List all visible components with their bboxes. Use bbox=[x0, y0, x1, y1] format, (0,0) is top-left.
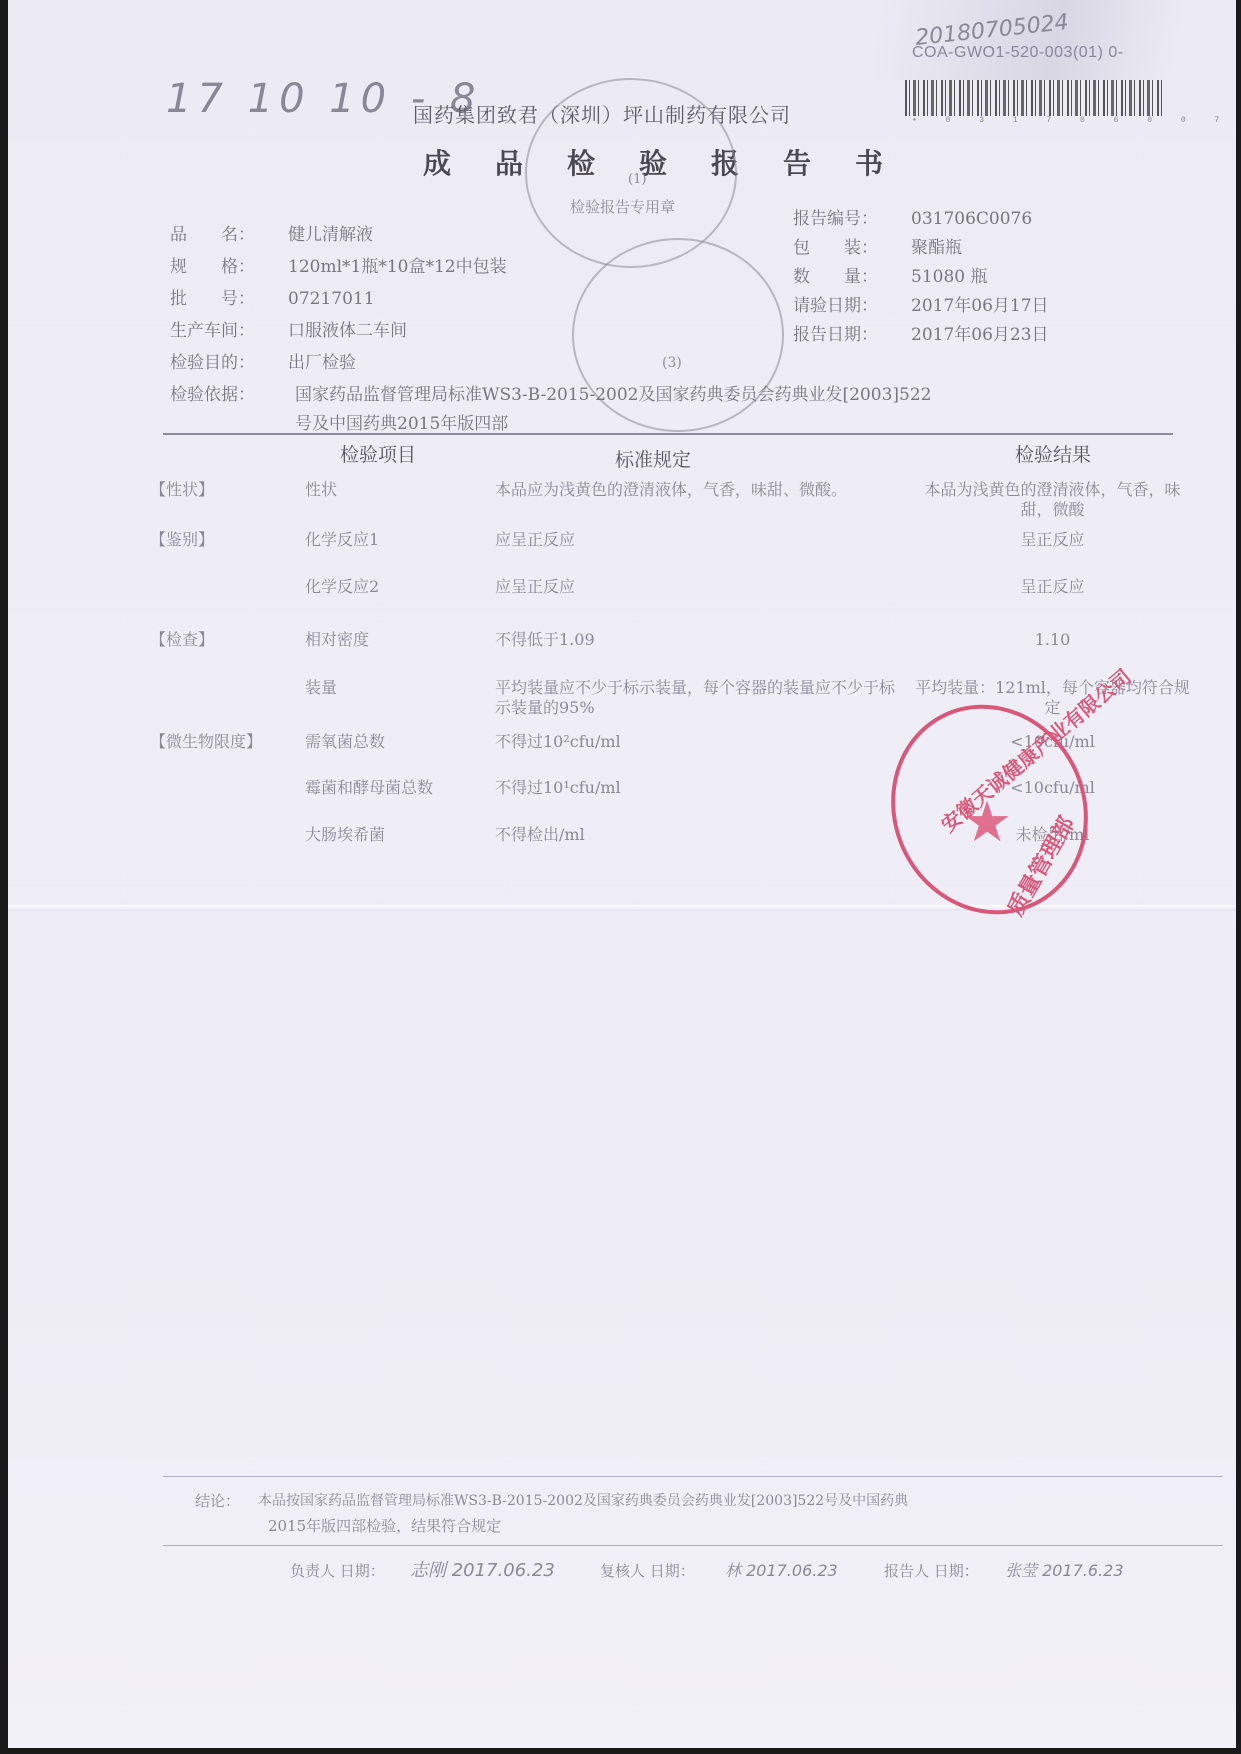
row-item: 性状 bbox=[305, 480, 337, 500]
info-left-value: 健儿清解液 bbox=[288, 225, 373, 245]
inspection-basis-line1: 国家药品监督管理局标准WS3-B-2015-2002及国家药典委员会药典业发[2… bbox=[295, 380, 931, 405]
row-item: 相对密度 bbox=[305, 630, 369, 650]
info-left-value: 口服液体二车间 bbox=[288, 321, 407, 341]
reporter-signature: 张莹 2017.6.23 bbox=[1005, 1558, 1124, 1581]
row-category: 【鉴别】 bbox=[150, 530, 214, 550]
info-right-value: 聚酯瓶 bbox=[911, 238, 962, 258]
reviewer-label: 复核人 日期： bbox=[600, 1560, 695, 1581]
reviewer-signature: 林 2017.06.23 bbox=[725, 1558, 838, 1581]
inspection-stamp-1-number: (1) bbox=[628, 172, 646, 187]
row-result: 呈正反应 bbox=[910, 577, 1195, 597]
column-header-standard: 标准规定 bbox=[615, 445, 691, 472]
info-left-value: 120ml*1瓶*10盒*12中包装 bbox=[288, 257, 507, 277]
row-standard: 不得检出/ml bbox=[495, 825, 905, 845]
inspection-stamp-1-text: 检验报告专用章 bbox=[570, 196, 675, 217]
info-right-value: 2017年06月17日 bbox=[911, 296, 1049, 316]
conclusion-divider-bottom bbox=[163, 1545, 1223, 1546]
info-left-row: 生产车间：口服液体二车间 bbox=[170, 316, 407, 341]
row-item: 化学反应2 bbox=[305, 577, 379, 597]
info-right-value: 51080 瓶 bbox=[911, 267, 987, 287]
row-result: 本品为浅黄色的澄清液体，气香，味甜，微酸 bbox=[910, 480, 1195, 520]
info-right-label: 请验日期： bbox=[793, 291, 911, 316]
header-divider bbox=[163, 433, 1173, 435]
column-header-result: 检验结果 bbox=[1015, 440, 1091, 467]
responsible-signature: 志刚 2017.06.23 bbox=[410, 1556, 555, 1582]
barcode bbox=[905, 80, 1163, 116]
row-standard: 平均装量应不少于标示装量，每个容器的装量应不少于标示装量的95% bbox=[495, 678, 905, 718]
info-right-value: 031706C0076 bbox=[911, 209, 1032, 229]
info-left-row: 规 格：120ml*1瓶*10盒*12中包装 bbox=[170, 252, 507, 277]
info-left-value: 07217011 bbox=[288, 289, 375, 309]
info-left-label: 检验目的： bbox=[170, 348, 288, 373]
info-right-row: 包 装：聚酯瓶 bbox=[793, 233, 962, 258]
info-left-label: 品 名： bbox=[170, 220, 288, 245]
info-right-row: 报告编号：031706C0076 bbox=[793, 204, 1032, 229]
row-category: 【性状】 bbox=[150, 480, 214, 500]
info-right-label: 包 装： bbox=[793, 233, 911, 258]
info-left-row: 品 名：健儿清解液 bbox=[170, 220, 373, 245]
conclusion-divider-top bbox=[163, 1476, 1223, 1477]
barcode-digits: • 0 3 1 7 0 6 0 0 7 6 bbox=[912, 116, 1241, 125]
reporter-label: 报告人 日期： bbox=[884, 1560, 979, 1581]
info-right-label: 数 量： bbox=[793, 262, 911, 287]
row-item: 大肠埃希菌 bbox=[305, 825, 385, 845]
row-item: 霉菌和酵母菌总数 bbox=[305, 778, 433, 798]
info-left-label: 生产车间： bbox=[170, 316, 288, 341]
info-right-row: 请验日期：2017年06月17日 bbox=[793, 291, 1049, 316]
row-result: 1.10 bbox=[910, 630, 1195, 650]
responsible-label: 负责人 日期： bbox=[290, 1560, 385, 1581]
inspection-basis-line2: 号及中国药典2015年版四部 bbox=[295, 409, 508, 434]
info-left-label: 批 号： bbox=[170, 284, 288, 309]
conclusion-line1: 本品按国家药品监督管理局标准WS3-B-2015-2002及国家药典委员会药典业… bbox=[258, 1490, 908, 1510]
info-left-row: 批 号：07217011 bbox=[170, 284, 375, 309]
row-item: 需氧菌总数 bbox=[305, 732, 385, 752]
row-standard: 应呈正反应 bbox=[495, 577, 905, 597]
row-standard: 不得低于1.09 bbox=[495, 630, 905, 650]
info-right-value: 2017年06月23日 bbox=[911, 325, 1049, 345]
row-item: 化学反应1 bbox=[305, 530, 379, 550]
info-left-row: 检验目的：出厂检验 bbox=[170, 348, 356, 373]
info-right-label: 报告编号： bbox=[793, 204, 911, 229]
row-category: 【检查】 bbox=[150, 630, 214, 650]
row-standard: 应呈正反应 bbox=[495, 530, 905, 550]
row-standard: 不得过10¹cfu/ml bbox=[495, 778, 905, 798]
conclusion-line2: 2015年版四部检验，结果符合规定 bbox=[268, 1515, 501, 1536]
info-right-row: 数 量：51080 瓶 bbox=[793, 262, 987, 287]
conclusion-label: 结论： bbox=[195, 1490, 240, 1511]
info-left-label: 规 格： bbox=[170, 252, 288, 277]
document-code: COA-GWO1-520-003(01) 0- bbox=[912, 44, 1124, 62]
row-category: 【微生物限度】 bbox=[150, 732, 262, 752]
info-right-row: 报告日期：2017年06月23日 bbox=[793, 320, 1049, 345]
row-result: 呈正反应 bbox=[910, 530, 1195, 550]
row-item: 装量 bbox=[305, 678, 337, 698]
info-right-label: 报告日期： bbox=[793, 320, 911, 345]
row-standard: 不得过10²cfu/ml bbox=[495, 732, 905, 752]
row-standard: 本品应为浅黄色的澄清液体，气香，味甜、微酸。 bbox=[495, 480, 905, 500]
column-header-item: 检验项目 bbox=[340, 440, 416, 467]
paper-fold bbox=[8, 905, 1236, 911]
inspection-basis-label: 检验依据： bbox=[170, 380, 255, 405]
inspection-stamp-2-number: (3) bbox=[662, 355, 682, 371]
info-left-value: 出厂检验 bbox=[288, 353, 356, 373]
